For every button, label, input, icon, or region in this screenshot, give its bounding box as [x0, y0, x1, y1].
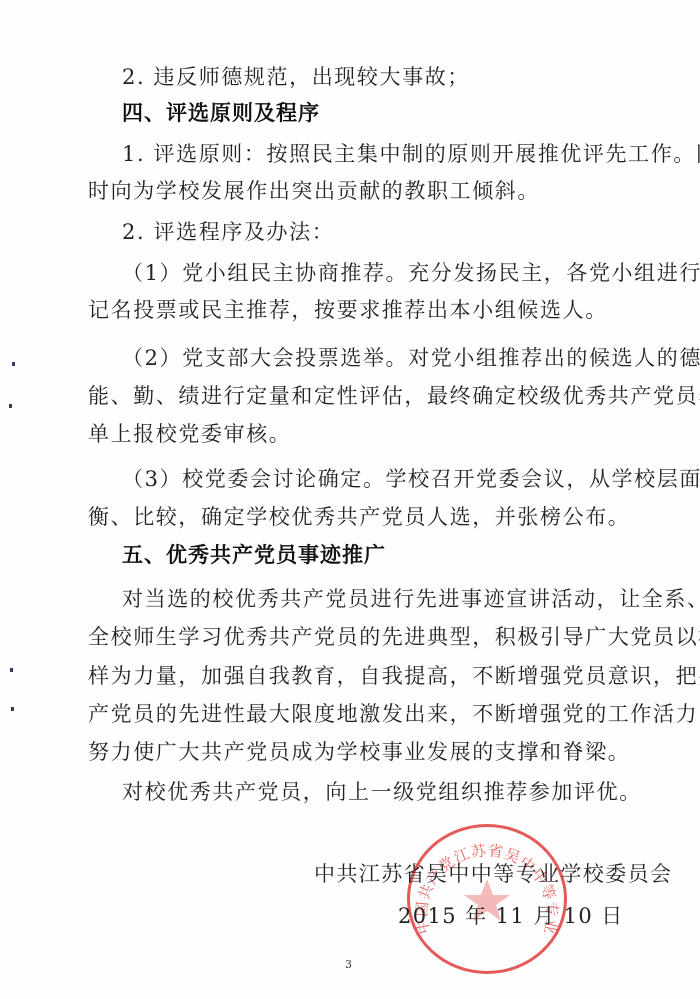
seal-star-icon: 中国共产党江苏省吴中中等专业学校委员会 [410, 827, 564, 971]
text-line: 时向为学校发展作出突出贡献的教职工倾斜。 [88, 178, 618, 204]
scan-artifact [9, 404, 12, 408]
text-line: 对校优秀共产党员，向上一级党组织推荐参加评优。 [122, 779, 652, 805]
text-line: 2. 评选程序及办法： [122, 219, 652, 245]
text-line: 努力使广大共产党员成为学校事业发展的支撑和脊梁。 [88, 739, 618, 765]
text-line: （1）党小组民主协商推荐。充分发扬民主，各党小组进行无 [122, 260, 652, 286]
text-line: 对当选的校优秀共产党员进行先进事迹宣讲活动，让全系、 [122, 586, 652, 612]
text-line: 1. 评选原则：按照民主集中制的原则开展推优评先工作。同 [122, 141, 652, 167]
signature-organization: 中共江苏省吴中中等专业学校委员会 [314, 861, 672, 887]
text-line: 能、勤、绩进行定量和定性评估，最终确定校级优秀共产党员名 [88, 383, 618, 409]
text-line: 产党员的先进性最大限度地激发出来，不断增强党的工作活力， [88, 701, 618, 727]
text-line: 单上报校党委审核。 [88, 421, 618, 447]
signature-date: 2015 年 11 月 10 日 [398, 903, 624, 929]
scan-artifact [12, 362, 15, 366]
document-page: 2. 违反师德规范，出现较大事故； 四、评选原则及程序 1. 评选原则：按照民主… [0, 0, 700, 999]
page-number: 3 [345, 958, 352, 971]
section-heading-5: 五、优秀共产党员事迹推广 [122, 542, 652, 568]
text-line: 衡、比较，确定学校优秀共产党员人选，并张榜公布。 [88, 504, 618, 530]
text-line: 2. 违反师德规范，出现较大事故； [122, 64, 652, 90]
text-line: （2）党支部大会投票选举。对党小组推荐出的候选人的德、 [122, 345, 652, 371]
official-seal: 中国共产党江苏省吴中中等专业学校委员会 [407, 824, 567, 974]
section-heading-4: 四、评选原则及程序 [122, 100, 652, 126]
text-line: 全校师生学习优秀共产党员的先进典型，积极引导广大党员以榜 [88, 624, 618, 650]
text-line: 样为力量，加强自我教育，自我提高，不断增强党员意识，把共 [88, 663, 618, 689]
scan-artifact [10, 668, 13, 672]
scan-artifact [11, 707, 14, 711]
text-line: （3）校党委会讨论确定。学校召开党委会议，从学校层面权 [122, 466, 652, 492]
text-line: 记名投票或民主推荐，按要求推荐出本小组候选人。 [88, 297, 618, 323]
